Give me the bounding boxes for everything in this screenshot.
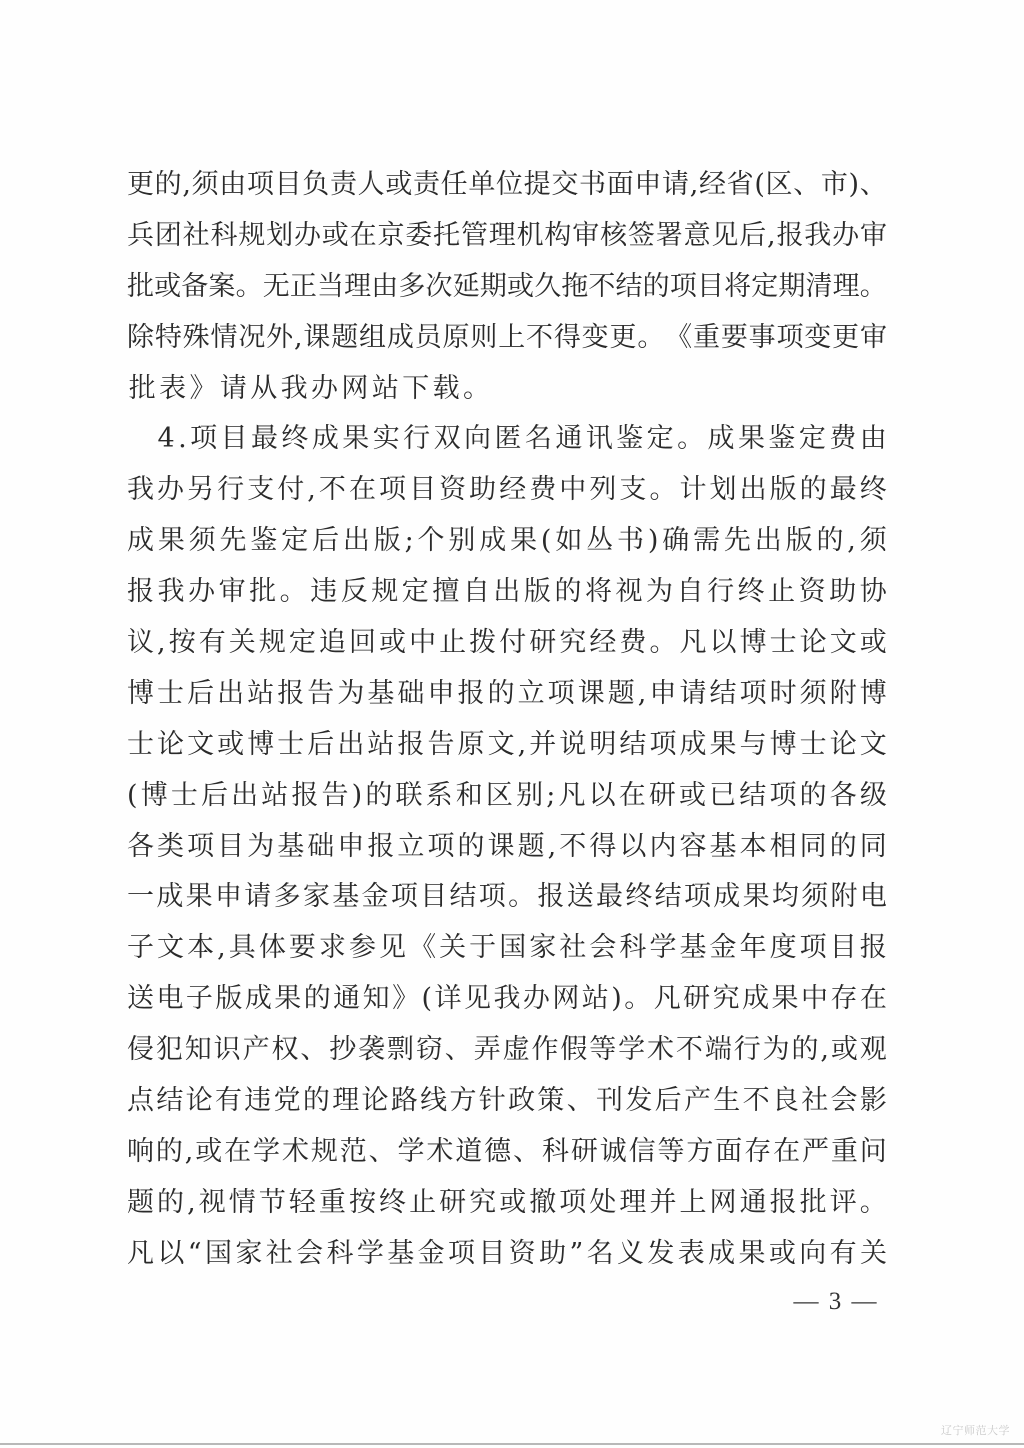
text-line: 子文本,具体要求参见《关于国家社会科学基金年度项目报 xyxy=(127,926,887,977)
text-line: 士论文或博士后出站报告原文,并说明结项成果与博士论文 xyxy=(127,723,887,774)
body-text: 更的,须由项目负责人或责任单位提交书面申请,经省(区、市)、兵团社科规划办或在京… xyxy=(127,163,887,1283)
text-line: 4.项目最终成果实行双向匿名通讯鉴定。成果鉴定费由 xyxy=(127,417,887,468)
text-line: 更的,须由项目负责人或责任单位提交书面申请,经省(区、市)、 xyxy=(127,163,887,214)
text-line: 凡以“国家社会科学基金项目资助”名义发表成果或向有关 xyxy=(127,1232,887,1283)
text-line: 我办另行支付,不在项目资助经费中列支。计划出版的最终 xyxy=(127,468,887,519)
text-line: 报我办审批。违反规定擅自出版的将视为自行终止资助协 xyxy=(127,570,887,621)
text-line: (博士后出站报告)的联系和区别;凡以在研或已结项的各级 xyxy=(127,774,887,825)
text-line: 博士后出站报告为基础申报的立项课题,申请结项时须附博 xyxy=(127,672,887,723)
page-number: — 3 — xyxy=(786,1288,886,1316)
text-line: 成果须先鉴定后出版;个别成果(如丛书)确需先出版的,须 xyxy=(127,519,887,570)
text-line: 送电子版成果的通知》(详见我办网站)。凡研究成果中存在 xyxy=(127,977,887,1028)
text-line: 响的,或在学术规范、学术道德、科研诚信等方面存在严重问 xyxy=(127,1130,887,1181)
watermark: 辽宁师范大学 xyxy=(941,1422,1010,1438)
text-line: 一成果申请多家基金项目结项。报送最终结项成果均须附电 xyxy=(127,875,887,926)
text-line: 兵团社科规划办或在京委托管理机构审核签署意见后,报我办审 xyxy=(127,214,887,265)
text-line: 除特殊情况外,课题组成员原则上不得变更。《重要事项变更审 xyxy=(127,316,887,367)
text-line: 题的,视情节轻重按终止研究或撤项处理并上网通报批评。 xyxy=(127,1181,887,1232)
text-line: 批或备案。无正当理由多次延期或久拖不结的项目将定期清理。 xyxy=(127,265,887,316)
scan-edge-rule xyxy=(0,1443,1024,1445)
text-line: 点结论有违党的理论路线方针政策、刊发后产生不良社会影 xyxy=(127,1079,887,1130)
text-line: 议,按有关规定追回或中止拨付研究经费。凡以博士论文或 xyxy=(127,621,887,672)
text-line: 各类项目为基础申报立项的课题,不得以内容基本相同的同 xyxy=(127,825,887,876)
text-line: 批表》请从我办网站下载。 xyxy=(127,367,887,418)
text-line: 侵犯知识产权、抄袭剽窃、弄虚作假等学术不端行为的,或观 xyxy=(127,1028,887,1079)
document-page: 更的,须由项目负责人或责任单位提交书面申请,经省(区、市)、兵团社科规划办或在京… xyxy=(0,0,1024,1448)
